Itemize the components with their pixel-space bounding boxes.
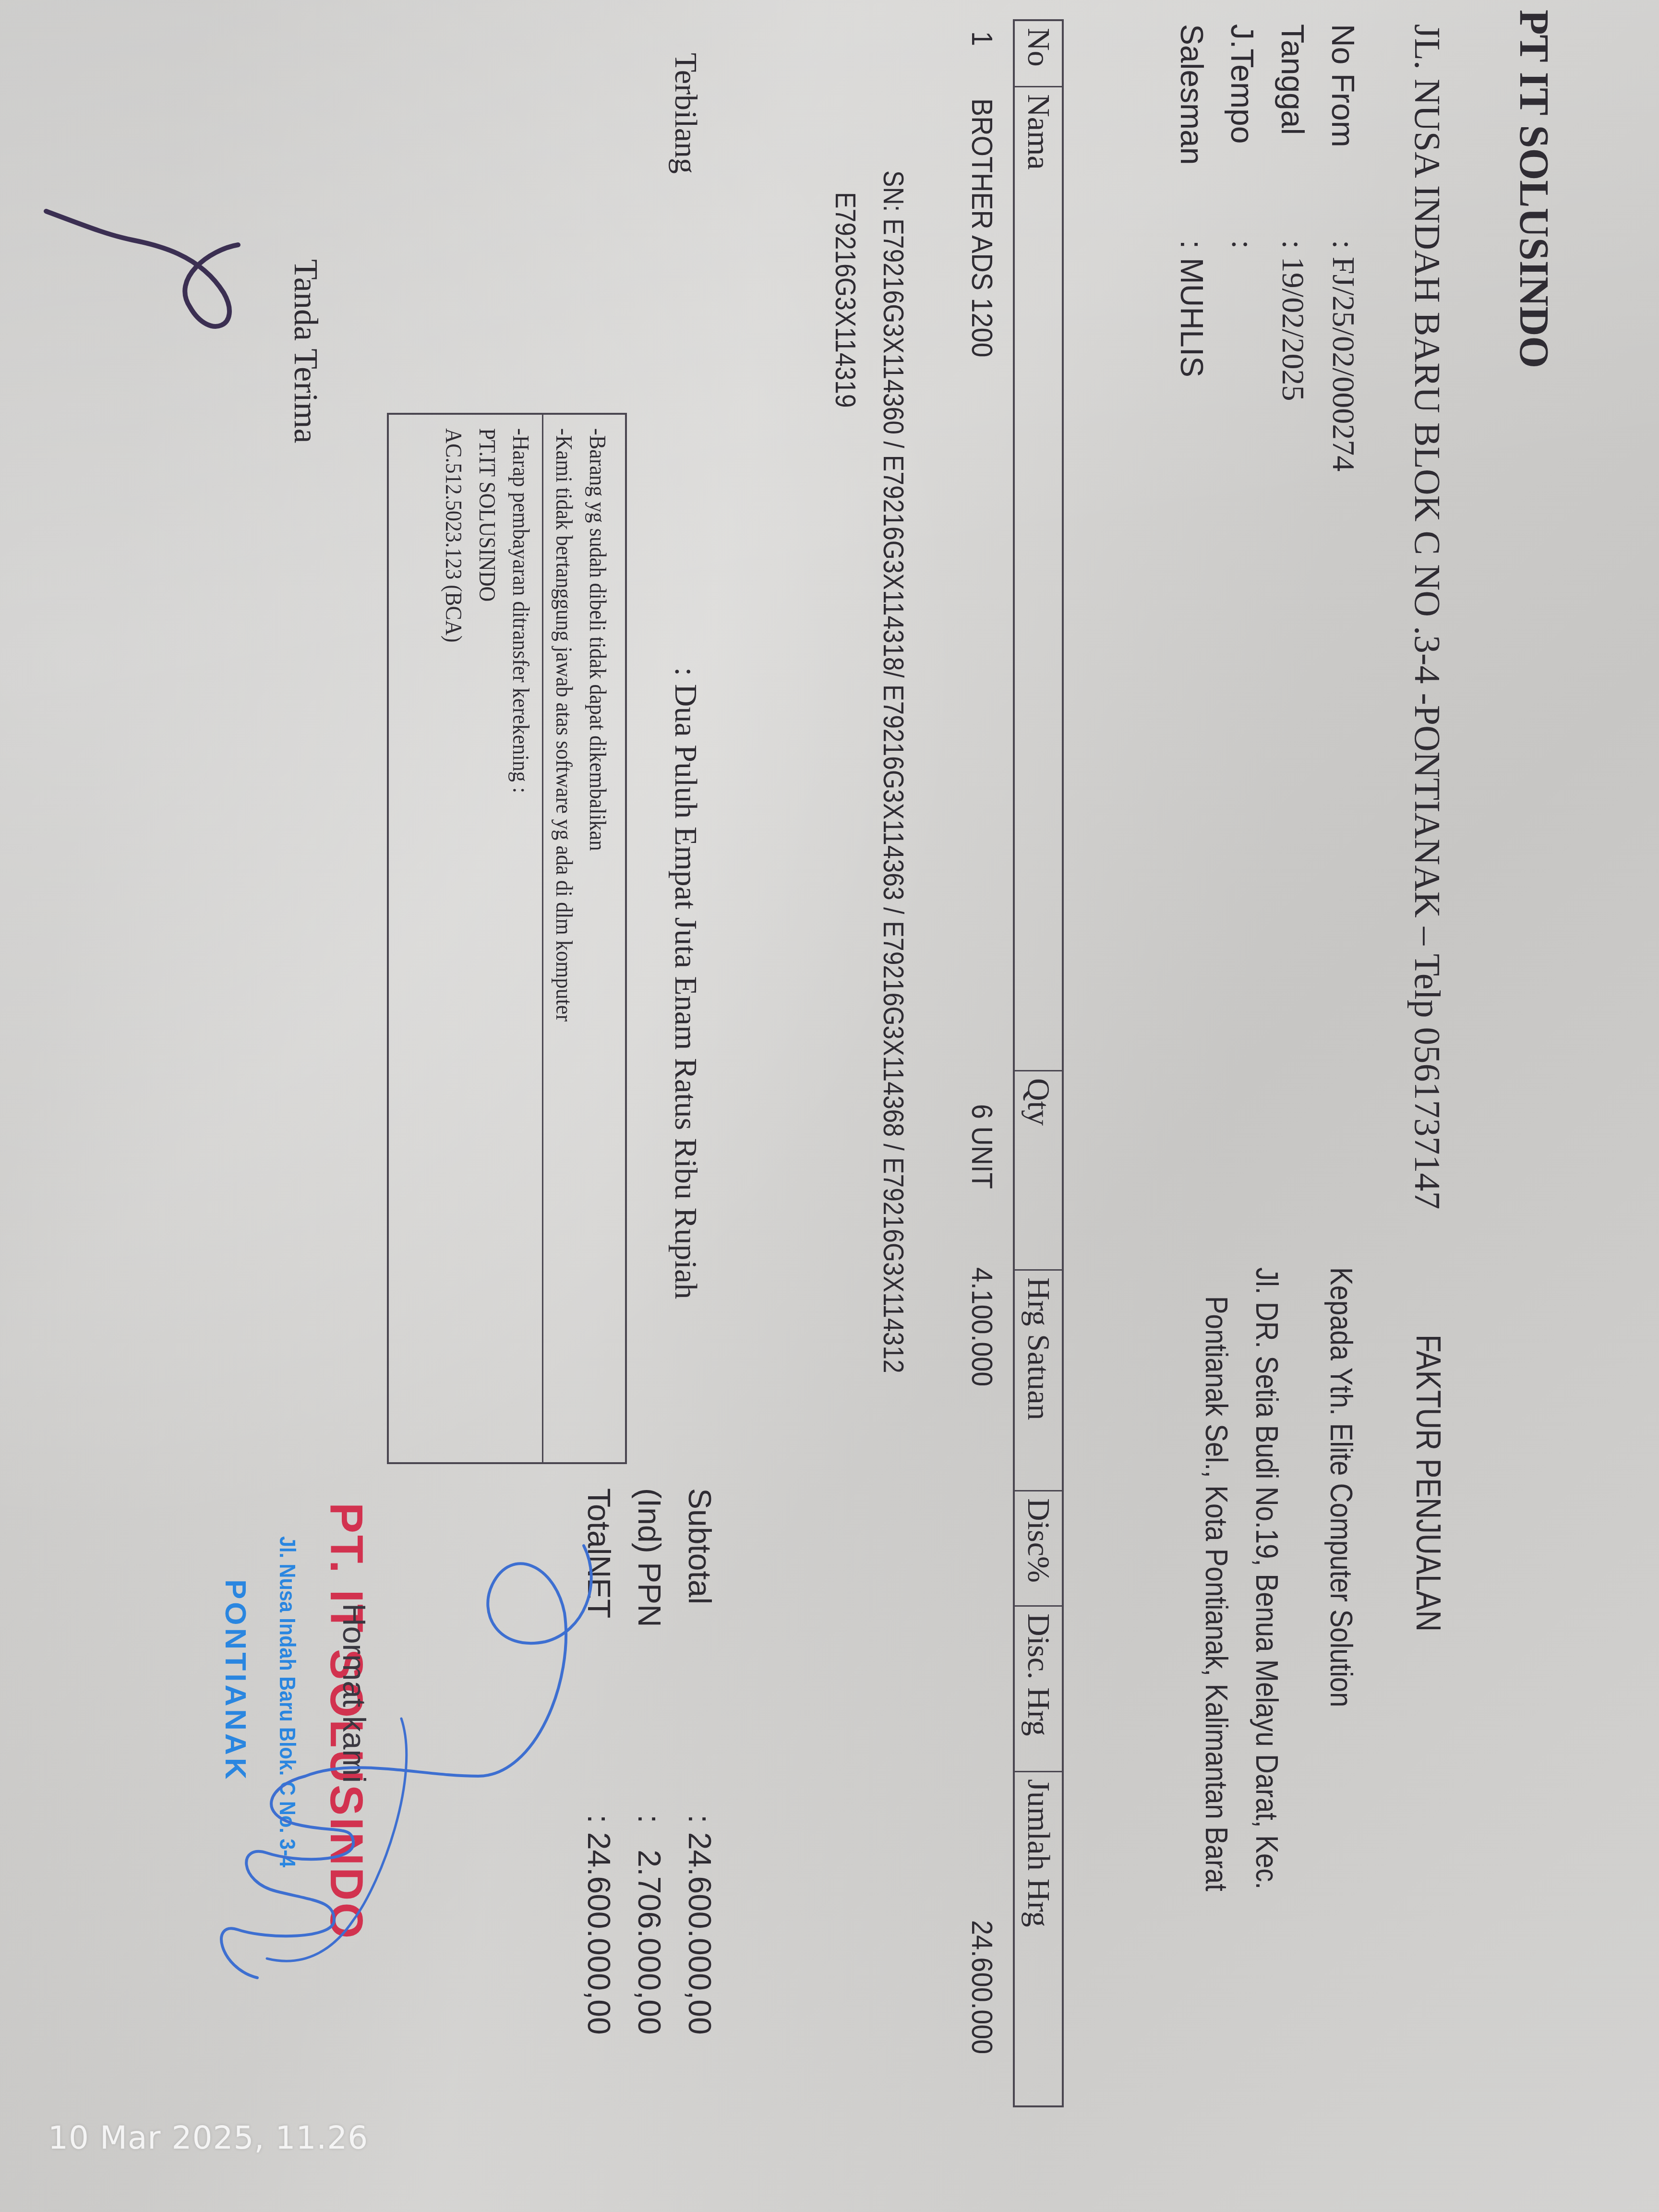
receiver-signature [36, 182, 267, 394]
photo-timestamp: 10 Mar 2025, 11.26 [48, 2119, 368, 2156]
field-label-salesman: Salesman [1174, 24, 1210, 165]
customer-address-line1: Jl. DR. Setia Budi No.19, Benua Melayu D… [1249, 1267, 1285, 1889]
field-label-no-from: No From [1325, 24, 1361, 147]
closing-label: Hormat kami [336, 1603, 373, 1783]
terbilang-label: Terbilang [667, 53, 704, 174]
field-label-jatuh-tempo: J.Tempo [1224, 24, 1261, 144]
col-header-disc-hrg: Disc. Hrg [1015, 1605, 1062, 1771]
field-value-tanggal: : 19/02/2025 [1274, 240, 1311, 401]
customer-address-line2: Pontianak Sel., Kota Pontianak, Kalimant… [1199, 1296, 1234, 1891]
col-header-no: No [1015, 21, 1062, 86]
field-label-tanggal: Tanggal [1274, 24, 1311, 135]
ppn-label: (Ind) PPN [631, 1488, 668, 1627]
receipt-label: Tanda Terima [286, 259, 325, 443]
terbilang-value: : Dua Puluh Empat Juta Enam Ratus Ribu R… [667, 667, 704, 1299]
note-line: -Barang yg sudah dibeli tidak dapat dike… [584, 428, 611, 851]
serial-numbers-line2: E79216G3X114319 [829, 192, 862, 408]
company-address: JL. NUSA INDAH BARU BLOK C NO .3-4 -PONT… [1406, 24, 1448, 1210]
field-value-salesman: : MUHLIS [1174, 240, 1210, 377]
stamp-city: PONTIANAK [218, 1579, 252, 1782]
subtotal-value: : 24.600.000,00 [682, 1815, 718, 2035]
field-value-no-from: : FJ/25/02/000274 [1325, 240, 1361, 471]
notes-box: -Barang yg sudah dibeli tidak dapat dike… [387, 413, 627, 1464]
row-nama: BROTHER ADS 1200 [965, 98, 999, 358]
col-header-jumlah-hrg: Jumlah Hrg [1015, 1771, 1062, 2107]
totalnet-value: : 24.600.000,00 [581, 1815, 617, 2035]
subtotal-label: Subtotal [682, 1488, 718, 1604]
ppn-value: : 2.706.000,00 [631, 1815, 668, 2035]
col-header-qty: Qty [1015, 1070, 1062, 1269]
col-header-hrg-satuan: Hrg Satuan [1015, 1269, 1062, 1490]
row-jumlah-hrg: 24.600.000 [965, 1920, 999, 2054]
items-table-header: No Nama Qty Hrg Satuan Disc% Disc. Hrg J… [1013, 19, 1064, 2107]
row-qty: 6 UNIT [965, 1104, 999, 1189]
row-no: 1 [965, 31, 999, 46]
note-line: PT.IT SOLUSINDO [474, 428, 500, 601]
serial-numbers-line1: SN: E79216G3X114360 / E79216G3X114318/ E… [877, 170, 910, 1373]
notes-divider [542, 415, 543, 1462]
note-line: -Harap pembayaran ditransfer kerekening … [507, 428, 534, 793]
col-header-disc-pct: Disc% [1015, 1490, 1062, 1605]
stamp-address: Jl. Nusa Indah Baru Blok. C No. 3-4 [275, 1536, 301, 1867]
totalnet-label: TotalNET [581, 1488, 617, 1618]
col-header-nama: Nama [1015, 86, 1062, 1070]
note-line: -Kami tidak bertanggung jawab atas softw… [551, 428, 577, 1022]
field-value-jatuh-tempo: : [1224, 240, 1261, 249]
document-title: FAKTUR PENJUALAN [1408, 1334, 1448, 1632]
company-name: PT IT SOLUSINDO [1510, 10, 1558, 368]
customer-name: Kepada Yth. Elite Computer Solution [1323, 1267, 1359, 1707]
row-hrg-satuan: 4.100.000 [965, 1267, 999, 1386]
invoice-document: PT IT SOLUSINDO JL. NUSA INDAH BARU BLOK… [0, 0, 1659, 2212]
bank-account: AC.512.5023.123 (BCA) [440, 428, 467, 643]
